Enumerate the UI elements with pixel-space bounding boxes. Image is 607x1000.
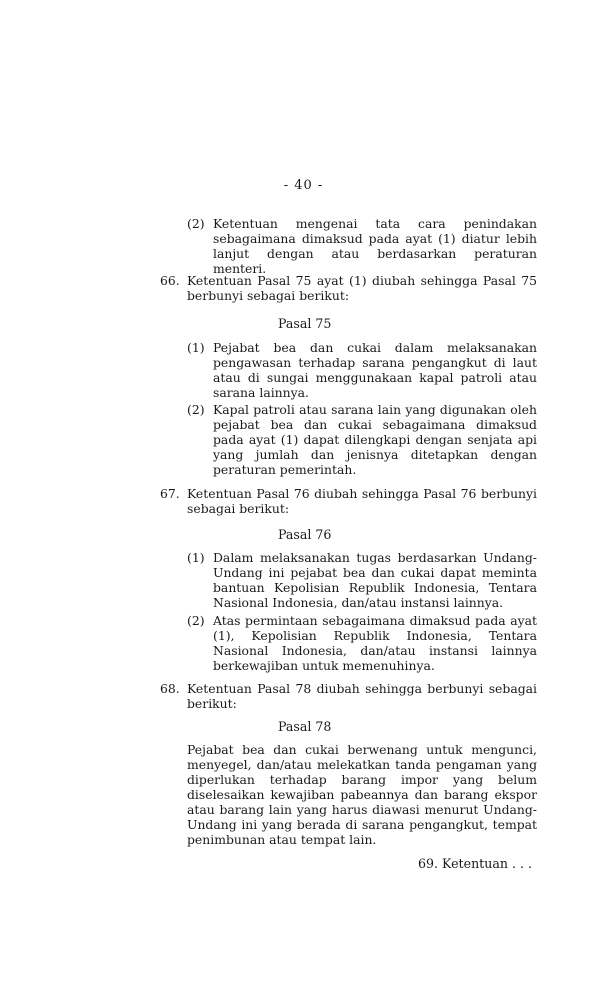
item-text: Ketentuan Pasal 76 diubah sehingga Pasal… [187,486,537,516]
article-heading-76: Pasal 76 [278,527,331,542]
subsection-text: Dalam melaksanakan tugas berdasarkan Und… [213,550,537,610]
pasal75-subsection-1: (1) Pejabat bea dan cukai dalam melaksan… [187,340,537,400]
subsection-number: (1) [187,550,205,565]
subsection-number: (2) [187,216,205,231]
subsection-text: Pejabat bea dan cukai dalam melaksanakan… [213,340,537,400]
amendment-item-67: 67. Ketentuan Pasal 76 diubah sehingga P… [160,486,537,516]
page-number: - 40 - [0,178,607,193]
item-text: Ketentuan Pasal 78 diubah sehingga berbu… [187,681,537,711]
subsection-text: Ketentuan mengenai tata cara penindakan … [213,216,537,276]
subsection-text: Atas permintaan sebagaimana dimaksud pad… [213,613,537,673]
subsection-number: (2) [187,402,205,417]
article-heading-75: Pasal 75 [278,316,331,331]
pasal75-subsection-2: (2) Kapal patroli atau sarana lain yang … [187,402,537,477]
pasal78-paragraph: Pejabat bea dan cukai berwenang untuk me… [187,742,537,847]
subsection-number: (1) [187,340,205,355]
item-number: 68. [160,681,180,696]
subsection-number: (2) [187,613,205,628]
item-number: 67. [160,486,180,501]
pasal76-subsection-2: (2) Atas permintaan sebagaimana dimaksud… [187,613,537,673]
item-number: 66. [160,273,180,288]
article-heading-78: Pasal 78 [278,719,331,734]
continuation-marker: 69. Ketentuan . . . [418,856,532,871]
intro-subsection: (2) Ketentuan mengenai tata cara peninda… [187,216,537,276]
subsection-text: Kapal patroli atau sarana lain yang digu… [213,402,537,477]
pasal76-subsection-1: (1) Dalam melaksanakan tugas berdasarkan… [187,550,537,610]
item-text: Ketentuan Pasal 75 ayat (1) diubah sehin… [187,273,537,303]
amendment-item-66: 66. Ketentuan Pasal 75 ayat (1) diubah s… [160,273,537,303]
amendment-item-68: 68. Ketentuan Pasal 78 diubah sehingga b… [160,681,537,711]
document-page: - 40 - (2) Ketentuan mengenai tata cara … [0,0,607,1000]
